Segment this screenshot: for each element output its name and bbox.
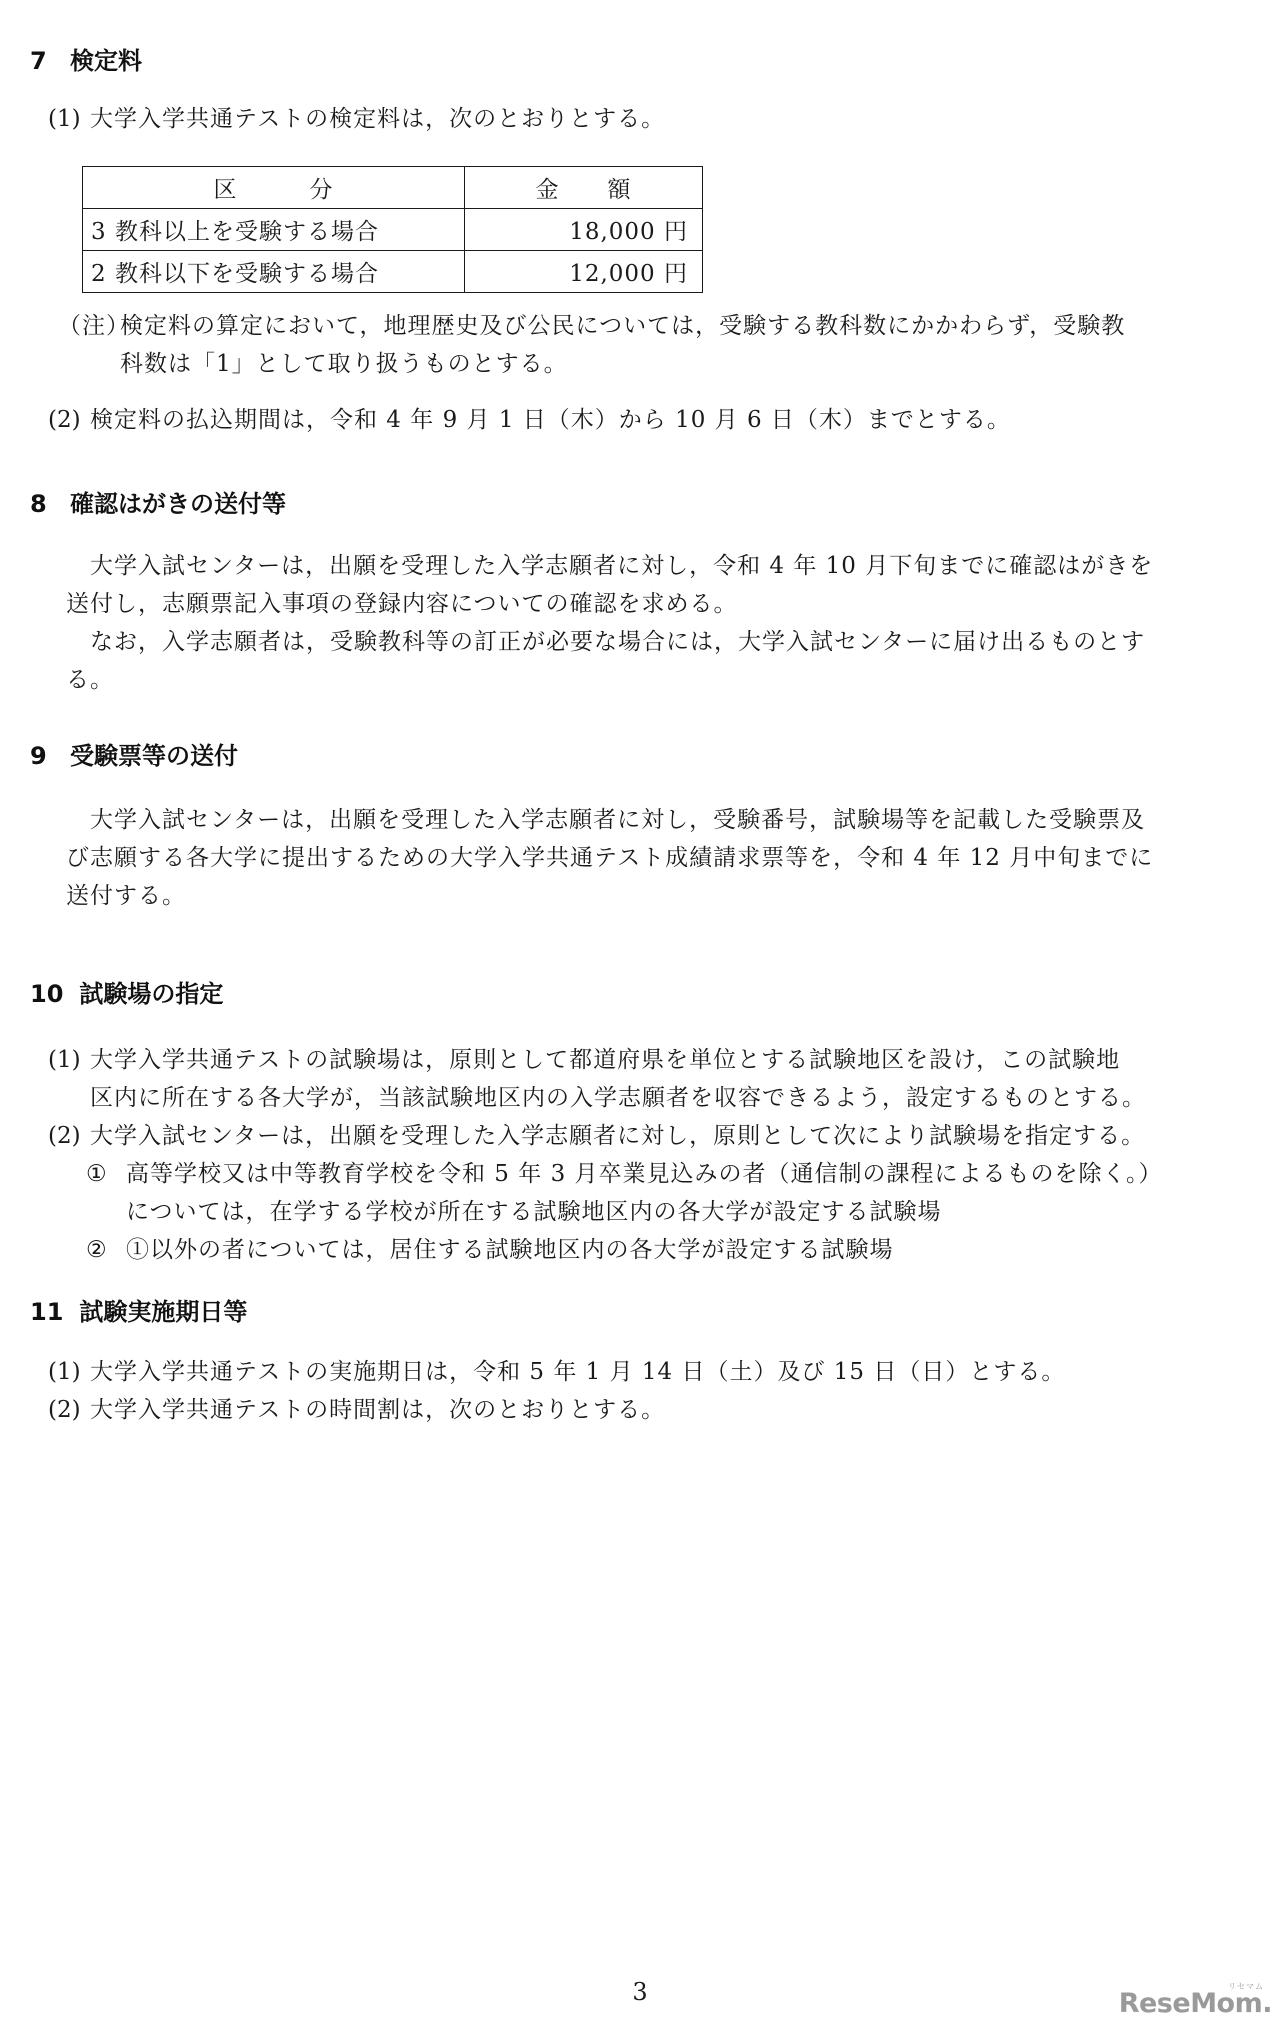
item-label: (1) [48,1353,90,1391]
item-text: 大学入試センターは，出願を受理した入学志願者に対し，原則として次により試験場を指… [90,1117,1246,1155]
paragraph-line: なお，入学志願者は，受験教科等の訂正が必要な場合には，大学入試センターに届け出る… [66,623,1222,661]
section-10-number: 10 [30,979,63,1009]
item-text: 高等学校又は中等教育学校を令和 5 年 3 月卒業見込みの者（通信制の課程による… [126,1155,1246,1193]
note-line: 検定料の算定において，地理歴史及び公民については，受験する教科数にかかわらず，受… [120,307,1246,345]
paragraph-line: 大学入試センターは，出願を受理した入学志願者に対し，令和 4 年 10 月下旬ま… [66,547,1222,585]
note-line: 科数は「1」として取り扱うものとする。 [120,345,1246,383]
item-text: 検定料の払込期間は，令和 4 年 9 月 1 日（木）から 10 月 6 日（木… [90,401,1246,439]
table-row: 2 教科以下を受験する場合 12,000 円 [83,251,703,293]
item-text: 大学入学共通テストの試験場は，原則として都道府県を単位とする試験地区を設け，この… [90,1041,1246,1079]
document-page: 7 検定料 (1) 大学入学共通テストの検定料は，次のとおりとする。 区 分 金… [0,0,1280,2036]
item-label: (1) [48,1041,90,1117]
fee-amount-cell: 18,000 円 [465,209,703,251]
fee-table-header-row: 区 分 金 額 [83,167,703,209]
paragraph-line: 送付する。 [66,877,1222,915]
fee-table: 区 分 金 額 3 教科以上を受験する場合 18,000 円 2 教科以下を受験… [82,166,703,293]
section-10-circled-item-1: ① 高等学校又は中等教育学校を令和 5 年 3 月卒業見込みの者（通信制の課程に… [86,1155,1246,1231]
watermark-brand-text: ReseMom. [1119,1988,1272,2019]
paragraph-line: 送付し，志願票記入事項の登録内容についての確認を求める。 [66,585,1222,623]
fee-table-header-category: 区 分 [83,167,465,209]
section-9-number: 9 [30,741,54,771]
circled-number-label: ① [86,1155,126,1231]
section-11-number: 11 [30,1297,63,1327]
section-10-circled-item-2: ② ①以外の者については，居住する試験地区内の各大学が設定する試験場 [86,1231,1246,1269]
section-8-heading: 8 確認はがきの送付等 [30,489,1246,519]
note-label: （注） [58,307,120,383]
item-text: については，在学する学校が所在する試験地区内の各大学が設定する試験場 [126,1193,1246,1231]
section-9-paragraph: 大学入試センターは，出願を受理した入学志願者に対し，受験番号，試験場等を記載した… [66,801,1222,915]
item-label: (2) [48,401,90,439]
item-label: (1) [48,100,90,138]
section-11-title: 試験実施期日等 [79,1297,247,1327]
section-7-item-1: (1) 大学入学共通テストの検定料は，次のとおりとする。 [48,100,1246,138]
item-label: (2) [48,1391,90,1429]
item-text: 大学入学共通テストの実施期日は，令和 5 年 1 月 14 日（土）及び 15 … [90,1353,1246,1391]
table-row: 3 教科以上を受験する場合 18,000 円 [83,209,703,251]
section-10-title: 試験場の指定 [79,979,223,1009]
section-11-heading: 11 試験実施期日等 [30,1297,1246,1327]
paragraph-line: び志願する各大学に提出するための大学入学共通テスト成績請求票等を，令和 4 年 … [66,839,1222,877]
section-7-title: 検定料 [70,46,142,76]
section-7-heading: 7 検定料 [30,46,1246,76]
section-8-title: 確認はがきの送付等 [70,489,286,519]
section-7-number: 7 [30,46,54,76]
circled-number-label: ② [86,1231,126,1269]
section-9-heading: 9 受験票等の送付 [30,741,1246,771]
section-10-item-2: (2) 大学入試センターは，出願を受理した入学志願者に対し，原則として次により試… [48,1117,1246,1155]
item-text: 大学入学共通テストの検定料は，次のとおりとする。 [90,100,1246,138]
paragraph-line: 大学入試センターは，出願を受理した入学志願者に対し，受験番号，試験場等を記載した… [66,801,1222,839]
page-number: 3 [0,1978,1280,2006]
section-11-item-2: (2) 大学入学共通テストの時間割は，次のとおりとする。 [48,1391,1246,1429]
section-10-heading: 10 試験場の指定 [30,979,1246,1009]
paragraph-line: る。 [66,661,1222,699]
fee-category-cell: 2 教科以下を受験する場合 [83,251,465,293]
item-text: 大学入学共通テストの時間割は，次のとおりとする。 [90,1391,1246,1429]
item-text: ①以外の者については，居住する試験地区内の各大学が設定する試験場 [126,1231,1246,1269]
fee-note: （注） 検定料の算定において，地理歴史及び公民については，受験する教科数にかかわ… [58,307,1246,383]
fee-category-cell: 3 教科以上を受験する場合 [83,209,465,251]
resemom-watermark: リセマム ReseMom. [1119,1988,1272,2019]
section-8-number: 8 [30,489,54,519]
section-7-item-2: (2) 検定料の払込期間は，令和 4 年 9 月 1 日（木）から 10 月 6… [48,401,1246,439]
fee-amount-cell: 12,000 円 [465,251,703,293]
section-10-item-1: (1) 大学入学共通テストの試験場は，原則として都道府県を単位とする試験地区を設… [48,1041,1246,1117]
watermark-ruby-text: リセマム [1228,1981,1264,1992]
item-label: (2) [48,1117,90,1155]
fee-table-header-amount: 金 額 [465,167,703,209]
section-11-item-1: (1) 大学入学共通テストの実施期日は，令和 5 年 1 月 14 日（土）及び… [48,1353,1246,1391]
section-8-paragraph: 大学入試センターは，出願を受理した入学志願者に対し，令和 4 年 10 月下旬ま… [66,547,1222,699]
item-text: 区内に所在する各大学が，当該試験地区内の入学志願者を収容できるよう，設定するもの… [90,1079,1246,1117]
section-9-title: 受験票等の送付 [70,741,238,771]
